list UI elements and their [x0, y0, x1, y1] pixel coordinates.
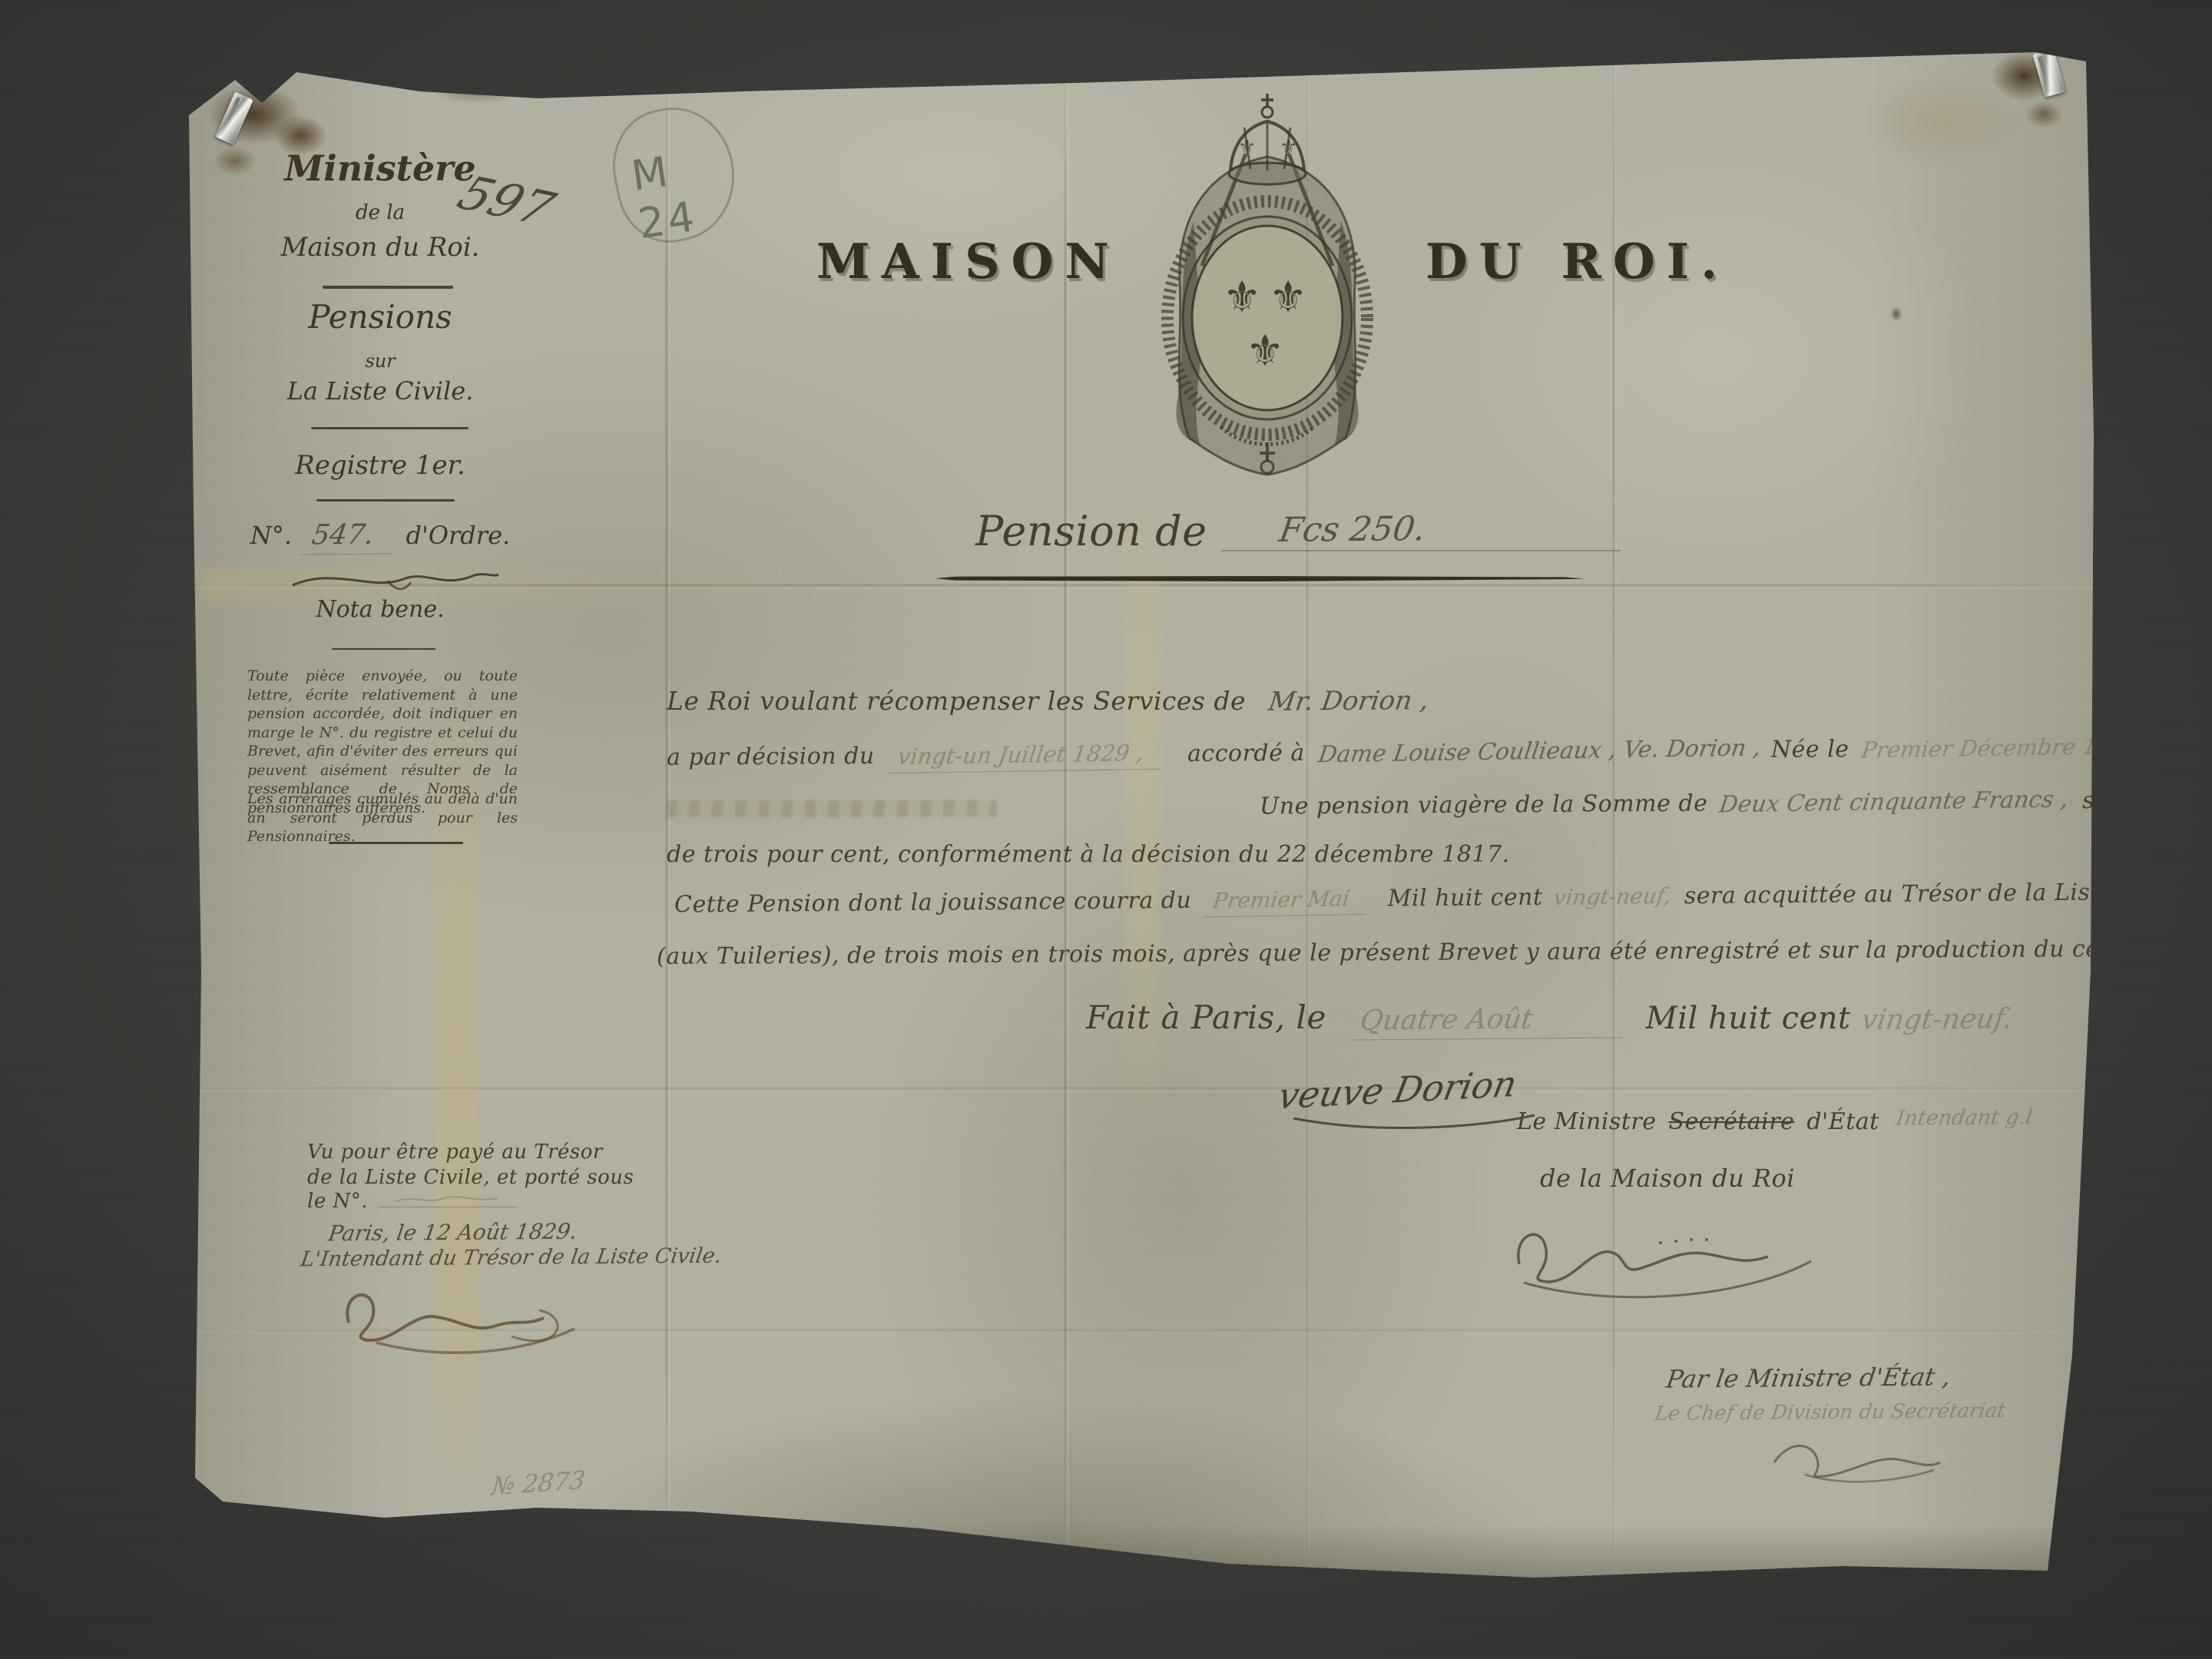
- minister-title-line: Le Ministre Secrétaire d'État Intendant …: [1517, 1106, 2032, 1135]
- body-line: de trois pour cent, conformément à la dé…: [667, 841, 1510, 868]
- horizontal-fold-crease: [189, 584, 2097, 587]
- small-ink-fleck: [1890, 306, 1902, 322]
- ink-stain-top-right: [2017, 95, 2071, 134]
- flourish-swash: [288, 565, 503, 596]
- body-printed-text: (aux Tuileries), de trois mois en trois …: [657, 934, 2212, 970]
- ink-stain-top-left: [204, 140, 266, 182]
- ink-stain-top-left: [262, 107, 339, 164]
- order-suffix: d'Ordre.: [406, 521, 510, 550]
- certification-number-label: le N°.: [307, 1190, 368, 1213]
- ink-stain-top-left: [189, 72, 320, 157]
- order-prefix: N°.: [250, 521, 292, 550]
- nota-bene-paragraph: Toute pièce envoyée, ou toute lettre, éc…: [247, 667, 518, 817]
- masthead-word-du-roi: DU ROI.: [1426, 233, 1729, 290]
- body-line: a par décision du vingt-un Juillet 1829 …: [667, 733, 2154, 774]
- pensions-heading-line: sur: [238, 350, 522, 372]
- body-printed-text: sous la retenue: [2082, 786, 2212, 814]
- horizontal-fold-crease: [189, 1329, 2097, 1332]
- minister-title-handwritten: Intendant g.l: [1894, 1105, 2034, 1131]
- royal-coat-of-arms-icon: ⚜ ⚜ ⚜ ⚜ ⚜: [1129, 83, 1406, 490]
- intendant-signature: [330, 1272, 591, 1356]
- edge-smudge: [419, 80, 535, 108]
- certification-line: le N°.: [307, 1190, 517, 1213]
- beneficiary-signature: veuve Dorion: [1275, 1063, 1520, 1118]
- minister-title-printed: d'État: [1806, 1108, 1879, 1135]
- body-printed-text: sera acquittée au Trésor de la Liste Civ…: [1684, 878, 2190, 909]
- horizontal-fold-crease: [189, 1087, 2097, 1090]
- vertical-fold-crease: [1064, 49, 1067, 1584]
- metal-paper-clip-right: [2033, 48, 2066, 97]
- body-handwritten-text: Deux Cent cinquante Francs ,: [1718, 786, 2071, 818]
- certification-line: de la Liste Civile, et porté sous: [307, 1166, 634, 1189]
- blank-underline: [1221, 550, 1621, 551]
- body-printed-text: Le Roi voulant récompenser les Services …: [667, 686, 1246, 716]
- body-printed-text: Une pension viagère de la Somme de: [1260, 790, 1708, 820]
- body-printed-text: de trois pour cent, conformément à la dé…: [667, 841, 1510, 868]
- register-line: Registre 1er.: [238, 450, 522, 481]
- metal-paper-clip-left: [215, 91, 253, 144]
- faded-ink-smear: [667, 800, 997, 817]
- yellow-stain-streak: [435, 687, 481, 1516]
- body-handwritten-text: Premier Mai: [1204, 886, 1372, 918]
- margin-rule: [332, 648, 435, 650]
- nota-bene-heading: Nota bene.: [238, 596, 522, 623]
- dateline-handwritten-year: vingt-neuf.: [1859, 1003, 2014, 1036]
- minister-title-line2: de la Maison du Roi: [1540, 1164, 1795, 1193]
- pencil-code-annotation: M 24: [628, 138, 742, 248]
- margin-rule: [323, 286, 453, 289]
- certification-line: Vu pour être payé au Trésor: [307, 1141, 603, 1164]
- vertical-fold-crease: [1612, 49, 1615, 1584]
- svg-text:⚜: ⚜: [1238, 136, 1256, 159]
- margin-rule: [311, 427, 469, 429]
- svg-text:⚜: ⚜: [1280, 136, 1297, 159]
- certification-title: L'Intendant du Trésor de la Liste Civile…: [299, 1244, 723, 1272]
- dateline-handwritten-day: Quatre Août: [1349, 1002, 1627, 1040]
- body-line: Une pension viagère de la Somme de Deux …: [1260, 786, 2212, 820]
- section-divider-rule: [935, 576, 1584, 581]
- order-number-handwritten: 547.: [302, 518, 396, 555]
- signature-underline-flourish: [1287, 1111, 1541, 1131]
- pension-amount-line: Pension de Fcs 250.: [975, 507, 1425, 555]
- minister-title-printed: Le Ministre: [1517, 1108, 1657, 1135]
- minister-signature: [1498, 1207, 1828, 1307]
- dateline-printed: Mil huit cent: [1646, 1001, 1851, 1036]
- ink-number-annotation: 597: [449, 165, 564, 236]
- ink-stain-top-right: [1979, 41, 2071, 111]
- vertical-fold-crease: [1306, 49, 1309, 1584]
- dateline: Fait à Paris, le Quatre Août Mil huit ce…: [1086, 998, 2012, 1039]
- pensions-heading-line: La Liste Civile.: [238, 376, 522, 406]
- tan-discoloration: [1833, 57, 2048, 187]
- vertical-fold-crease: [665, 49, 668, 1584]
- countersign-signature: [1759, 1426, 1951, 1483]
- body-handwritten-text: vingt-neuf,: [1551, 883, 1672, 911]
- parchment-document: 597 M 24 Ministère de la Maison du Roi. …: [189, 49, 2097, 1584]
- dateline-printed: Fait à Paris, le: [1086, 998, 1326, 1036]
- svg-text:⚜: ⚜: [1269, 273, 1307, 323]
- yellow-stain-streak: [1126, 449, 1160, 1155]
- body-printed-text: accordé à: [1187, 740, 1305, 767]
- body-handwritten-text: Mr. Dorion ,: [1267, 685, 1431, 717]
- pencil-circle: M 24: [602, 97, 747, 253]
- nota-bene-paragraph: Les arrérages cumulés au delà d'un an se…: [247, 790, 518, 846]
- body-printed-text: Née le: [1771, 736, 1849, 763]
- pensions-heading-line: Pensions: [238, 298, 522, 336]
- photo-backdrop: 597 M 24 Ministère de la Maison du Roi. …: [0, 0, 2212, 1659]
- body-printed-text: Mil huit cent: [1388, 884, 1543, 912]
- margin-rule: [316, 499, 455, 502]
- blank-underline: [379, 1207, 517, 1207]
- yellow-stain-streak: [197, 568, 888, 602]
- ministry-heading-line: Maison du Roi.: [238, 232, 522, 263]
- svg-text:⚜: ⚜: [1246, 326, 1284, 376]
- body-line: Cette Pension dont la jouissance courra …: [674, 878, 2190, 921]
- countersign-line2: Le Chef de Division du Secrétariat: [1653, 1399, 2007, 1426]
- pension-label: Pension de: [975, 507, 1207, 555]
- faint-pencil-marks: [390, 1192, 505, 1207]
- body-handwritten-text: Dame Louise Coullieaux , Ve. Dorion ,: [1316, 734, 1763, 768]
- bottom-registry-number: № 2873: [490, 1465, 587, 1502]
- ministry-heading-line: Ministère: [238, 147, 522, 189]
- margin-rule: [329, 842, 463, 844]
- order-number-line: N°. 547. d'Ordre.: [238, 519, 522, 555]
- ministry-heading-line: de la: [238, 201, 522, 224]
- bottom-edge-shadow: [189, 1524, 2097, 1584]
- body-handwritten-text: Premier Décembre 17.. —: [1859, 733, 2157, 763]
- certification-date: Paris, le 12 Août 1829.: [326, 1219, 579, 1247]
- body-handwritten-text: vingt-un Juillet 1829 ,: [888, 740, 1165, 774]
- body-printed-text: a par décision du: [667, 743, 875, 771]
- minister-title-struck-word: Secrétaire: [1669, 1108, 1795, 1135]
- countersign-line1: Par le Ministre d'État ,: [1664, 1362, 1952, 1393]
- pension-amount-value: Fcs 250.: [1277, 509, 1429, 550]
- body-line: (aux Tuileries), de trois mois en trois …: [657, 934, 2212, 970]
- body-line: Le Roi voulant récompenser les Services …: [667, 686, 1429, 717]
- masthead-word-maison: MAISON: [816, 233, 1121, 290]
- svg-text:⚜: ⚜: [1223, 273, 1261, 323]
- body-printed-text: Cette Pension dont la jouissance courra …: [674, 887, 1192, 919]
